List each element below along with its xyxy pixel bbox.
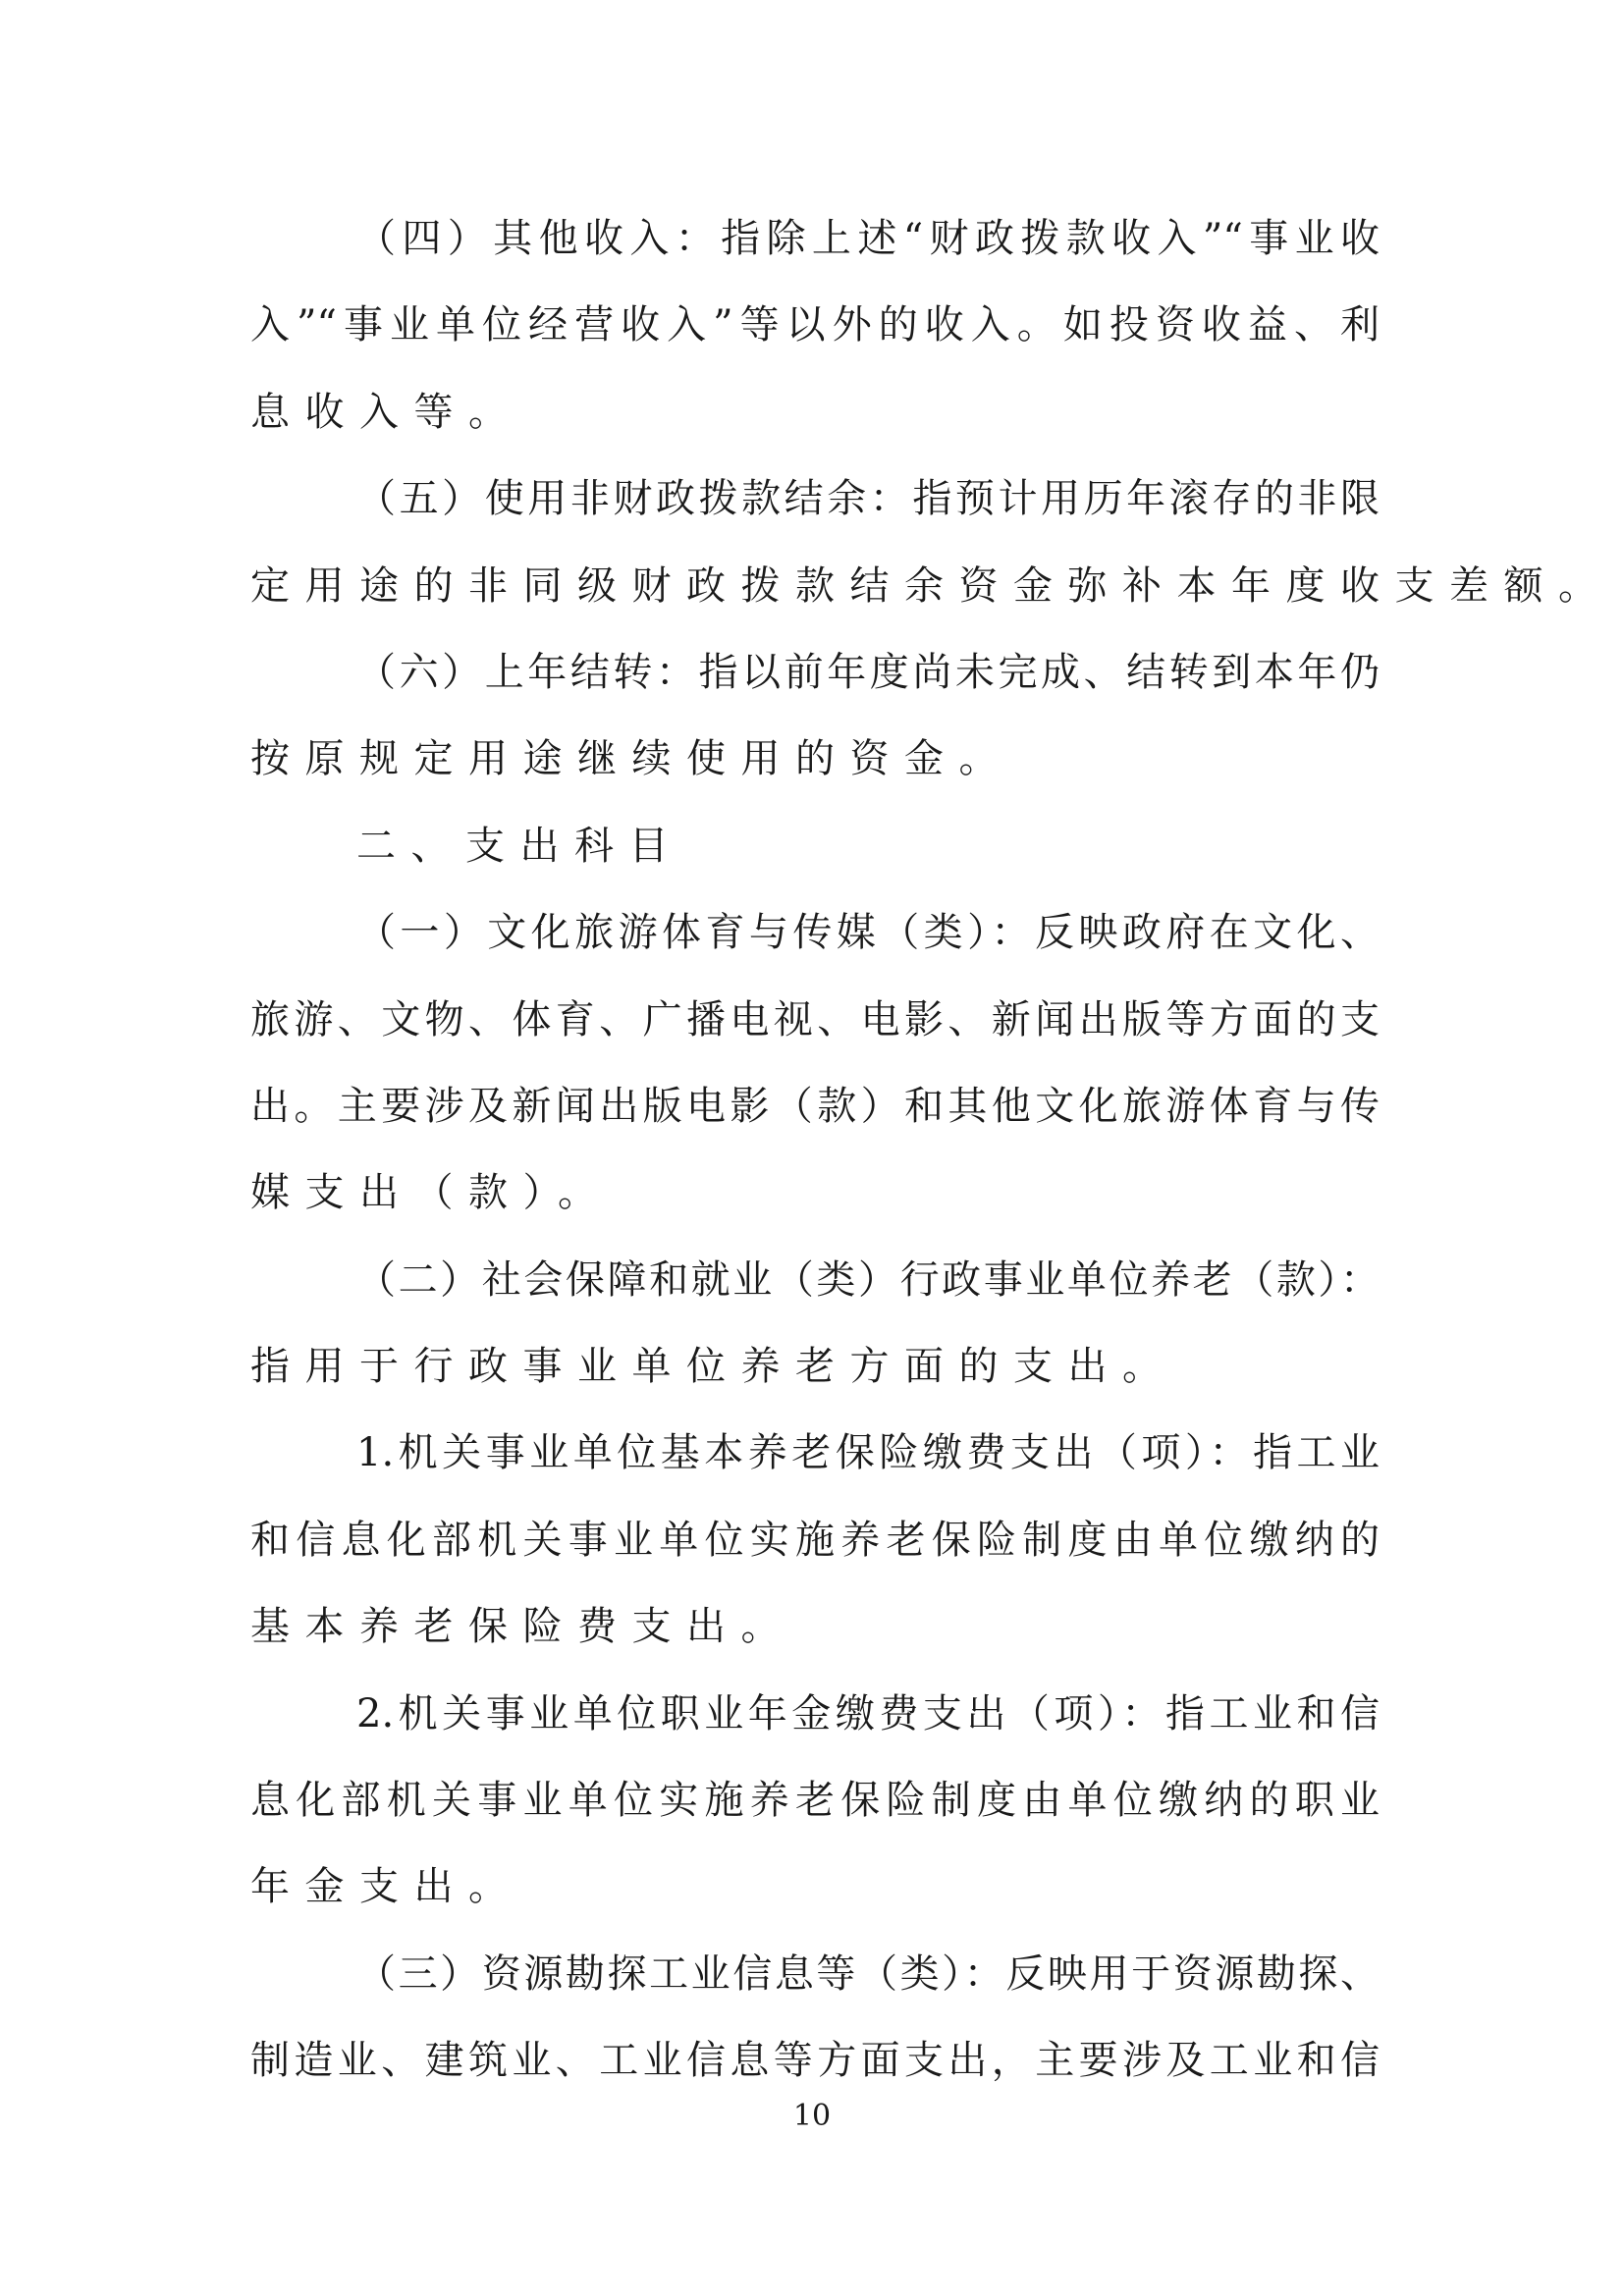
text-line: 制造业、建筑业、工业信息等方面支出，主要涉及工业和信: [250, 2017, 1380, 2104]
text-line: 指用于行政事业单位养老方面的支出。: [250, 1323, 1380, 1410]
page-number: 10: [0, 2099, 1624, 2133]
text-line: （六）上年结转：指以前年度尚未完成、结转到本年仍: [250, 629, 1380, 716]
text-line: 出。主要涉及新闻出版电影（款）和其他文化旅游体育与传: [250, 1063, 1380, 1149]
document-page: （四）其他收入：指除上述“财政拨款收入”“事业收 入”“事业单位经营收入”等以外…: [0, 0, 1624, 2296]
text-line: 息收入等。: [250, 369, 1380, 455]
section-heading: 二、支出科目: [250, 803, 1380, 889]
text-line: （五）使用非财政拨款结余：指预计用历年滚存的非限: [250, 455, 1380, 542]
text-line: 1.机关事业单位基本养老保险缴费支出（项）：指工业: [250, 1410, 1380, 1496]
text-line: 定用途的非同级财政拨款结余资金弥补本年度收支差额。: [250, 543, 1380, 629]
text-line: （二）社会保障和就业（类）行政事业单位养老（款）：: [250, 1237, 1380, 1323]
text-line: 媒支出（款）。: [250, 1149, 1380, 1236]
text-line: 基本养老保险费支出。: [250, 1583, 1380, 1670]
text-line: （三）资源勘探工业信息等（类）：反映用于资源勘探、: [250, 1931, 1380, 2017]
text-line: 按原规定用途继续使用的资金。: [250, 716, 1380, 802]
text-line: 息化部机关事业单位实施养老保险制度由单位缴纳的职业: [250, 1757, 1380, 1843]
text-line: （一）文化旅游体育与传媒（类）：反映政府在文化、: [250, 889, 1380, 976]
text-line: 入”“事业单位经营收入”等以外的收入。如投资收益、利: [250, 282, 1380, 368]
text-line: 旅游、文物、体育、广播电视、电影、新闻出版等方面的支: [250, 977, 1380, 1063]
text-line: 年金支出。: [250, 1843, 1380, 1930]
text-line: 和信息化部机关事业单位实施养老保险制度由单位缴纳的: [250, 1497, 1380, 1583]
text-line: （四）其他收入：指除上述“财政拨款收入”“事业收: [250, 195, 1380, 282]
text-line: 2.机关事业单位职业年金缴费支出（项）：指工业和信: [250, 1671, 1380, 1757]
body-text: （四）其他收入：指除上述“财政拨款收入”“事业收 入”“事业单位经营收入”等以外…: [250, 195, 1380, 2105]
